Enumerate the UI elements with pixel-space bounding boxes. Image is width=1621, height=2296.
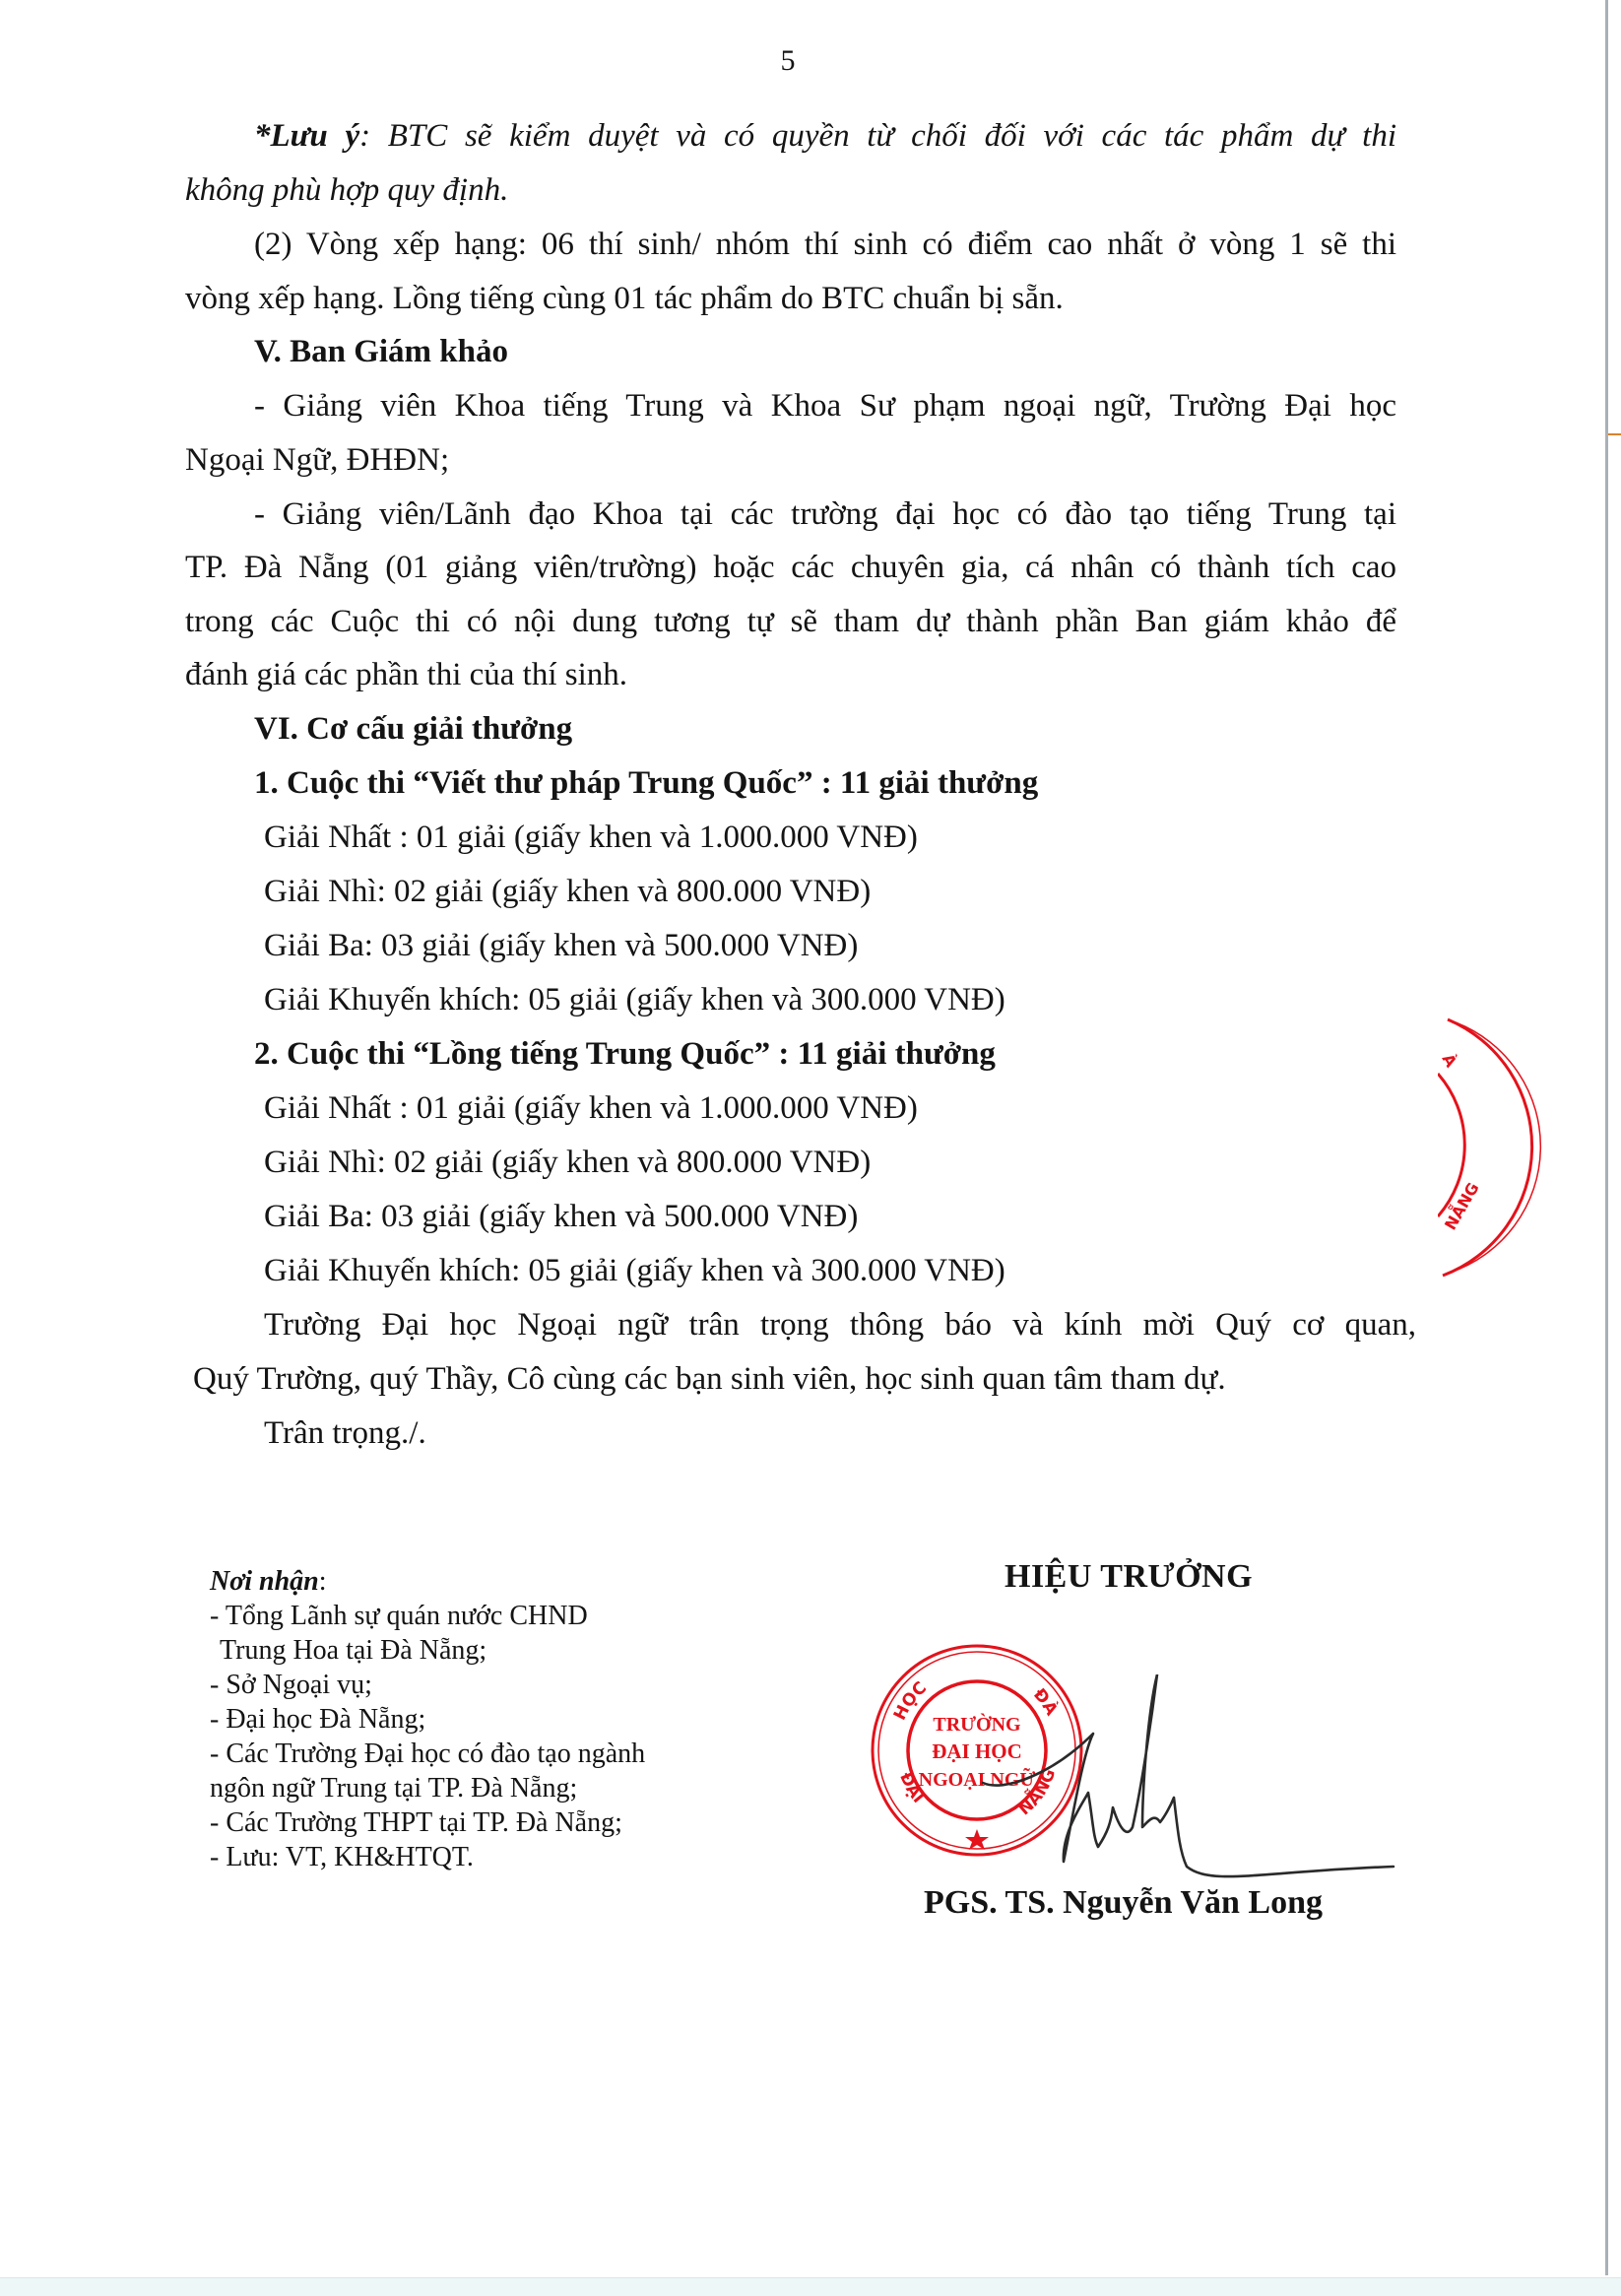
scan-bottom-strip — [0, 2277, 1621, 2296]
recipient-item: ngôn ngữ Trung tại TP. Đà Nẵng; — [210, 1771, 645, 1805]
ranking-round-line-1: (2) Vòng xếp hạng: 06 thí sinh/ nhóm thí… — [254, 225, 1396, 264]
recipient-item: - Tổng Lãnh sự quán nước CHND — [210, 1599, 645, 1633]
note-line-2: không phù hợp quy định. — [185, 170, 1396, 210]
recipient-item: - Các Trường THPT tại TP. Đà Nẵng; — [210, 1805, 645, 1840]
judges-item-1-line-1: - Giảng viên Khoa tiếng Trung và Khoa Sư… — [254, 386, 1396, 426]
contest-1-title: 1. Cuộc thi “Viết thư pháp Trung Quốc” :… — [254, 763, 1465, 803]
recipient-item: Trung Hoa tại Đà Nẵng; — [210, 1633, 645, 1668]
judges-item-2-line-1: - Giảng viên/Lãnh đạo Khoa tại các trườn… — [254, 494, 1396, 534]
contest-2-prize-3: Giải Ba: 03 giải (giấy khen và 500.000 V… — [264, 1197, 1475, 1236]
signer-title: HIỆU TRƯỞNG — [1005, 1558, 1253, 1596]
judges-item-1-line-2: Ngoại Ngữ, ĐHĐN; — [185, 440, 1396, 480]
ranking-round-line-2: vòng xếp hạng. Lồng tiếng cùng 01 tác ph… — [185, 279, 1396, 318]
closing-line-3: Trân trọng./. — [264, 1413, 1475, 1453]
judges-item-2-line-4: đánh giá các phần thi của thí sinh. — [185, 655, 1396, 694]
svg-text:À: À — [1439, 1051, 1461, 1072]
note-label: *Lưu ý — [254, 118, 359, 154]
contest-2-title: 2. Cuộc thi “Lồng tiếng Trung Quốc” : 11… — [254, 1034, 1465, 1074]
page-number: 5 — [0, 44, 1576, 78]
contest-1-prize-1: Giải Nhất : 01 giải (giấy khen và 1.000.… — [264, 818, 1475, 857]
recipient-item: - Đại học Đà Nẵng; — [210, 1702, 645, 1737]
edge-mark — [1608, 433, 1621, 435]
recipients-block: Nơi nhận: - Tổng Lãnh sự quán nước CHND … — [210, 1564, 645, 1874]
closing-line-1: Trường Đại học Ngoại ngữ trân trọng thôn… — [264, 1305, 1416, 1345]
judges-item-2-line-2: TP. Đà Nẵng (01 giảng viên/trường) hoặc … — [185, 548, 1396, 587]
section-v-heading: V. Ban Giám khảo — [254, 332, 1465, 371]
contest-2-prize-4: Giải Khuyến khích: 05 giải (giấy khen và… — [264, 1251, 1475, 1290]
contest-2-prize-1: Giải Nhất : 01 giải (giấy khen và 1.000.… — [264, 1088, 1475, 1128]
note-line-1: *Lưu ý: BTC sẽ kiểm duyệt và có quyền từ… — [254, 116, 1396, 156]
recipient-item: - Sở Ngoại vụ; — [210, 1668, 645, 1702]
page-edge — [1605, 0, 1608, 2275]
section-vi-heading: VI. Cơ cấu giải thưởng — [254, 709, 1465, 749]
recipient-item: - Các Trường Đại học có đào tạo ngành — [210, 1737, 645, 1771]
contest-1-prize-4: Giải Khuyến khích: 05 giải (giấy khen và… — [264, 980, 1475, 1019]
contest-2-prize-2: Giải Nhì: 02 giải (giấy khen và 800.000 … — [264, 1143, 1475, 1182]
contest-1-prize-3: Giải Ba: 03 giải (giấy khen và 500.000 V… — [264, 926, 1475, 965]
partial-seal-icon: À NẴNG — [1438, 1015, 1586, 1280]
recipients-heading: Nơi nhận: — [210, 1564, 645, 1599]
handwritten-signature-icon — [945, 1674, 1398, 1891]
recipient-item: - Lưu: VT, KH&HTQT. — [210, 1840, 645, 1874]
contest-1-prize-2: Giải Nhì: 02 giải (giấy khen và 800.000 … — [264, 872, 1475, 911]
signer-name: PGS. TS. Nguyễn Văn Long — [924, 1884, 1323, 1922]
judges-item-2-line-3: trong các Cuộc thi có nội dung tương tự … — [185, 602, 1396, 641]
closing-line-2: Quý Trường, quý Thầy, Cô cùng các bạn si… — [193, 1359, 1404, 1399]
